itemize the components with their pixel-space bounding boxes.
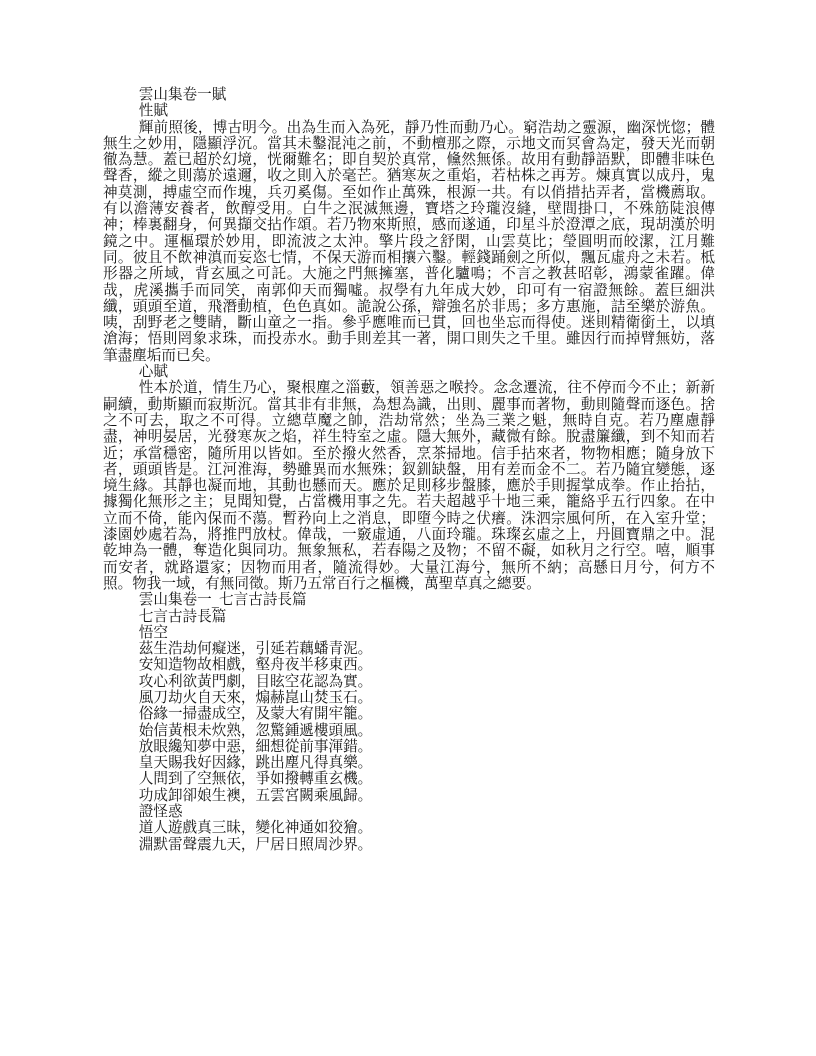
- body-paragraph: 性本於道，情生乃心，聚根塵之淄藪，領善惡之喉拎。念念遷流，往不停而今不止；新新嗣…: [103, 380, 715, 592]
- poem-title-zhengguaihuo: 證怪惑: [103, 804, 715, 820]
- poem-line: 俗緣一掃盡成空，及蒙大宥開牢籠。: [103, 706, 715, 722]
- subvolume-title: 雲山集卷一_七言古詩長篇: [103, 592, 715, 608]
- poem-line: 淵默雷聲震九天，尸居日照周沙界。: [103, 837, 715, 853]
- poem-line: 放眼纔知夢中惡，細想從前事渾錯。: [103, 739, 715, 755]
- section-title-xingfu: 性賦: [103, 103, 715, 119]
- poem-line: 功成卸卻娘生襖，五雲宮闕乘風歸。: [103, 788, 715, 804]
- poem-line: 人問到了空無依，爭如撥轉重玄機。: [103, 771, 715, 787]
- poem-line: 始信黃根未炊熟，忽驚鍾遞樓頭風。: [103, 723, 715, 739]
- poem-title-wukong: 悟空: [103, 625, 715, 641]
- document-page: 雲山集卷一賦 性賦 輝前照後，博古明今。出為生而入為死，靜乃性而動乃心。窮浩劫之…: [0, 0, 816, 1056]
- poem-line: 安知造物故相戲，壑舟夜半移東西。: [103, 657, 715, 673]
- section-title-qiyan: 七言古詩長篇: [103, 609, 715, 625]
- poem-line: 茲生浩劫何癡迷，引延若藕蟠青泥。: [103, 641, 715, 657]
- volume-title: 雲山集卷一賦: [103, 87, 715, 103]
- text-content: 雲山集卷一賦 性賦 輝前照後，博古明今。出為生而入為死，靜乃性而動乃心。窮浩劫之…: [103, 87, 715, 853]
- poem-line: 道人遊戲真三昧，變化神通如狡獪。: [103, 820, 715, 836]
- poem-line: 攻心利欲黃門劇，目眩空花認為實。: [103, 674, 715, 690]
- poem-line: 風刀劫火自天來，煽赫崑山焚玉石。: [103, 690, 715, 706]
- body-paragraph: 輝前照後，博古明今。出為生而入為死，靜乃性而動乃心。窮浩劫之靈源，幽深恍惚；體無…: [103, 120, 715, 364]
- section-title-xinfu: 心賦: [103, 364, 715, 380]
